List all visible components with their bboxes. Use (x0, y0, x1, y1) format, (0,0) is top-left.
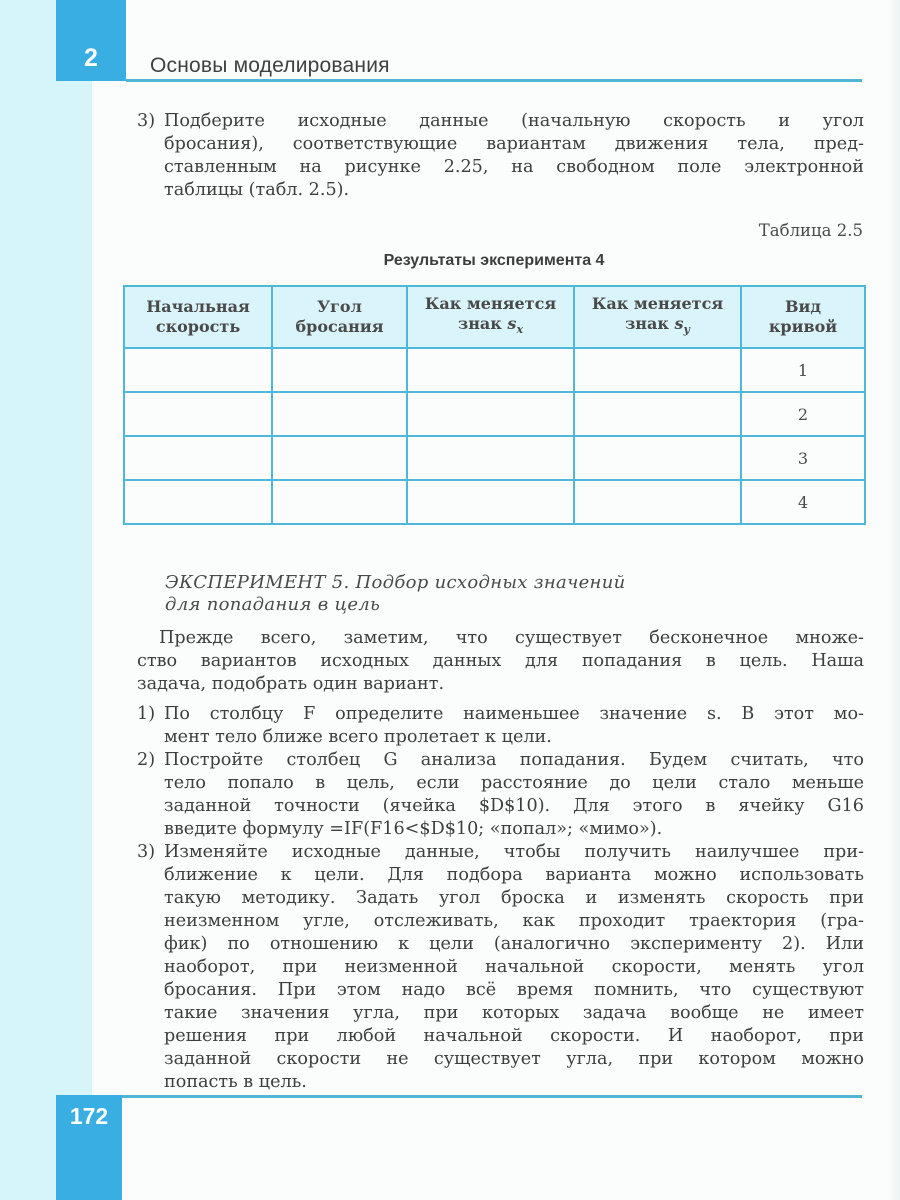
table-cell (272, 480, 407, 524)
table-cell (407, 480, 574, 524)
table-row: 3 (124, 436, 865, 480)
text-line: По столбцу F определите наименьшее значе… (164, 703, 864, 726)
header-sign-sx: Как меняетсязнак sx (407, 286, 574, 348)
step-number: 3) (137, 841, 155, 864)
table-cell (124, 392, 272, 436)
text-line: Изменяйте исходные данные, чтобы получит… (164, 841, 864, 864)
results-table: Начальнаяскорость Уголбросания Как меняе… (123, 285, 866, 525)
table-title: Результаты эксперимента 4 (124, 252, 864, 270)
step-paragraph: Постройте столбец G анализа попадания. Б… (164, 749, 864, 841)
text-line: ство вариантов исходных данных для попад… (137, 650, 864, 673)
table-cell (407, 436, 574, 480)
step-number: 1) (137, 703, 155, 726)
text-line: такие значения угла, при которых задача … (164, 1002, 864, 1025)
running-title: Основы моделирования (150, 54, 390, 78)
table-cell: 3 (741, 436, 865, 480)
text-line: таблицы (табл. 2.5). (164, 179, 864, 202)
text-line: Прежде всего, заметим, что существует бе… (137, 627, 864, 650)
table-cell (407, 348, 574, 392)
page-edge-shadow (886, 0, 900, 1200)
step-number: 2) (137, 749, 155, 772)
table-cell (124, 480, 272, 524)
experiment-5-intro: Прежде всего, заметим, что существует бе… (137, 627, 864, 696)
step-paragraph: Изменяйте исходные данные, чтобы получит… (164, 841, 864, 1094)
step-paragraph: По столбцу F определите наименьшее значе… (164, 703, 864, 749)
table-cell (574, 392, 741, 436)
text-line: заданной скорости не существует угла, пр… (164, 1048, 864, 1071)
text-line: тело попало в цель, если расстояние до ц… (164, 772, 864, 795)
footer-rule (122, 1095, 862, 1098)
task-number: 3) (137, 110, 155, 133)
text-line: Подберите исходные данные (начальную ско… (164, 110, 864, 133)
text-line: неизменном угле, отслеживать, как проход… (164, 910, 864, 933)
table-cell (124, 348, 272, 392)
header-curve-type: Видкривой (741, 286, 865, 348)
experiment-5-heading: ЭКСПЕРИМЕНТ 5. Подбор исходных значений … (165, 572, 625, 616)
table-cell (407, 392, 574, 436)
table-cell (574, 436, 741, 480)
text-line: наоборот, при неизменной начальной скоро… (164, 956, 864, 979)
text-line: бросания), соответствующие вариантам дви… (164, 133, 864, 156)
text-line: Постройте столбец G анализа попадания. Б… (164, 749, 864, 772)
table-cell: 1 (741, 348, 865, 392)
table-caption: Таблица 2.5 (759, 221, 863, 240)
table-cell (124, 436, 272, 480)
table-cell (272, 348, 407, 392)
header-throw-angle: Уголбросания (272, 286, 407, 348)
task-3-paragraph: Подберите исходные данные (начальную ско… (164, 110, 864, 202)
table-cell: 4 (741, 480, 865, 524)
header-initial-speed: Начальнаяскорость (124, 286, 272, 348)
chapter-tab: 2 (56, 0, 126, 81)
table-cell (272, 392, 407, 436)
text-line: мент тело ближе всего пролетает к цели. (164, 726, 864, 749)
table-row: 2 (124, 392, 865, 436)
text-line: введите формулу =IF(F16<$D$10; «попал»; … (164, 818, 864, 841)
header-rule (126, 79, 862, 82)
text-line: заданной точности (ячейка $D$10). Для эт… (164, 795, 864, 818)
page-number-tab: 172 (56, 1095, 122, 1200)
text-line: такую методику. Задать угол броска и изм… (164, 887, 864, 910)
table-row: 1 (124, 348, 865, 392)
table-cell (574, 480, 741, 524)
table-row: 4 (124, 480, 865, 524)
text-line: бросания. При этом надо всё время помнит… (164, 979, 864, 1002)
text-line: задача, подобрать один вариант. (137, 673, 864, 696)
page-number: 172 (56, 1103, 122, 1130)
page-margin-tint (0, 0, 92, 1200)
chapter-number: 2 (56, 44, 126, 73)
table-cell (272, 436, 407, 480)
text-line: ставленным на рисунке 2.25, на свободном… (164, 156, 864, 179)
text-line: попасть в цель. (164, 1071, 864, 1094)
table-cell: 2 (741, 392, 865, 436)
text-line: решения при любой начальной скорости. И … (164, 1025, 864, 1048)
text-line: фик) по отношению к цели (аналогично экс… (164, 933, 864, 956)
table-cell (574, 348, 741, 392)
text-line: ближение к цели. Для подбора варианта мо… (164, 864, 864, 887)
table-header-row: Начальнаяскорость Уголбросания Как меняе… (124, 286, 865, 348)
header-sign-sy: Как меняетсязнак sy (574, 286, 741, 348)
